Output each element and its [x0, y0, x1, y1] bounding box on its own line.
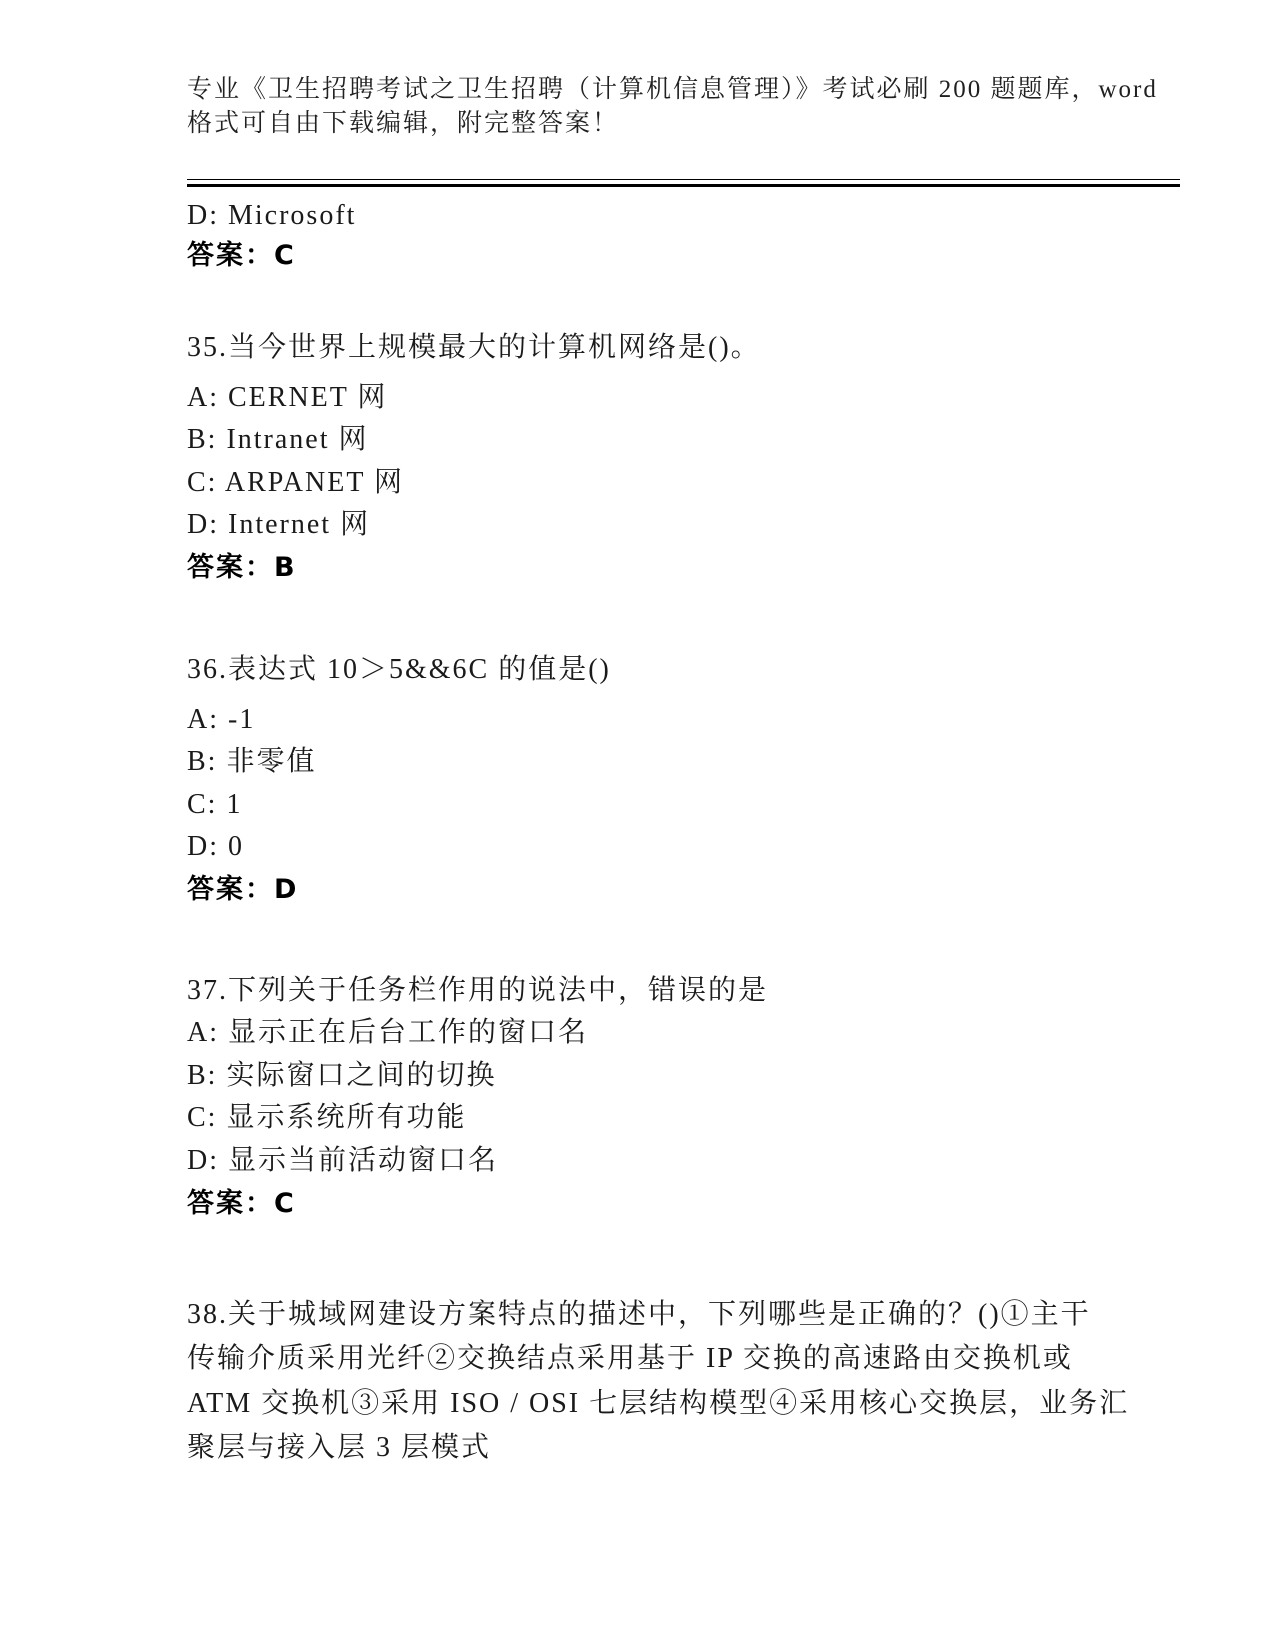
header-divider [187, 179, 1180, 187]
option-line-36-d: D: 0 [187, 830, 244, 864]
option-line-37-c: C: 显示系统所有功能 [187, 1101, 466, 1135]
option-line-36-b: B: 非零值 [187, 745, 316, 779]
option-line-36-a: A: -1 [187, 703, 255, 737]
option-line-35-c: C: ARPANET 网 [187, 466, 404, 500]
question-title-35: 35.当今世界上规模最大的计算机网络是()。 [187, 331, 761, 365]
option-line-prev-d: D: Microsoft [187, 199, 356, 233]
answer-line-35: 答案：B [187, 551, 297, 585]
header-line-2: 格式可自由下载编辑，附完整答案！ [187, 108, 619, 140]
option-line-37-d: D: 显示当前活动窗口名 [187, 1144, 498, 1178]
question-title-36: 36.表达式 10＞5&&6C 的值是() [187, 653, 611, 687]
document-page: 专业《卫生招聘考试之卫生招聘（计算机信息管理）》考试必刷 200 题题库，wor… [0, 0, 1275, 1650]
answer-line-prev: 答案：C [187, 239, 296, 273]
option-line-35-d: D: Internet 网 [187, 508, 370, 542]
option-line-35-a: A: CERNET 网 [187, 381, 387, 415]
question-title-38-line-4: 聚层与接入层 3 层模式 [187, 1431, 491, 1465]
question-title-38-line-3: ATM 交换机③采用 ISO / OSI 七层结构模型④采用核心交换层，业务汇 [187, 1387, 1129, 1421]
option-line-37-b: B: 实际窗口之间的切换 [187, 1059, 496, 1093]
question-title-38-line-1: 38.关于城域网建设方案特点的描述中，下列哪些是正确的？()①主干 [187, 1298, 1091, 1332]
question-title-38-line-2: 传输介质采用光纤②交换结点采用基于 IP 交换的高速路由交换机或 [187, 1342, 1073, 1376]
header-line-1: 专业《卫生招聘考试之卫生招聘（计算机信息管理）》考试必刷 200 题题库，wor… [187, 74, 1158, 106]
option-line-37-a: A: 显示正在后台工作的窗口名 [187, 1016, 588, 1050]
option-line-36-c: C: 1 [187, 788, 242, 822]
answer-line-36: 答案：D [187, 873, 298, 907]
question-title-37: 37.下列关于任务栏作用的说法中，错误的是 [187, 974, 768, 1008]
answer-line-37: 答案：C [187, 1187, 296, 1221]
option-line-35-b: B: Intranet 网 [187, 423, 369, 457]
